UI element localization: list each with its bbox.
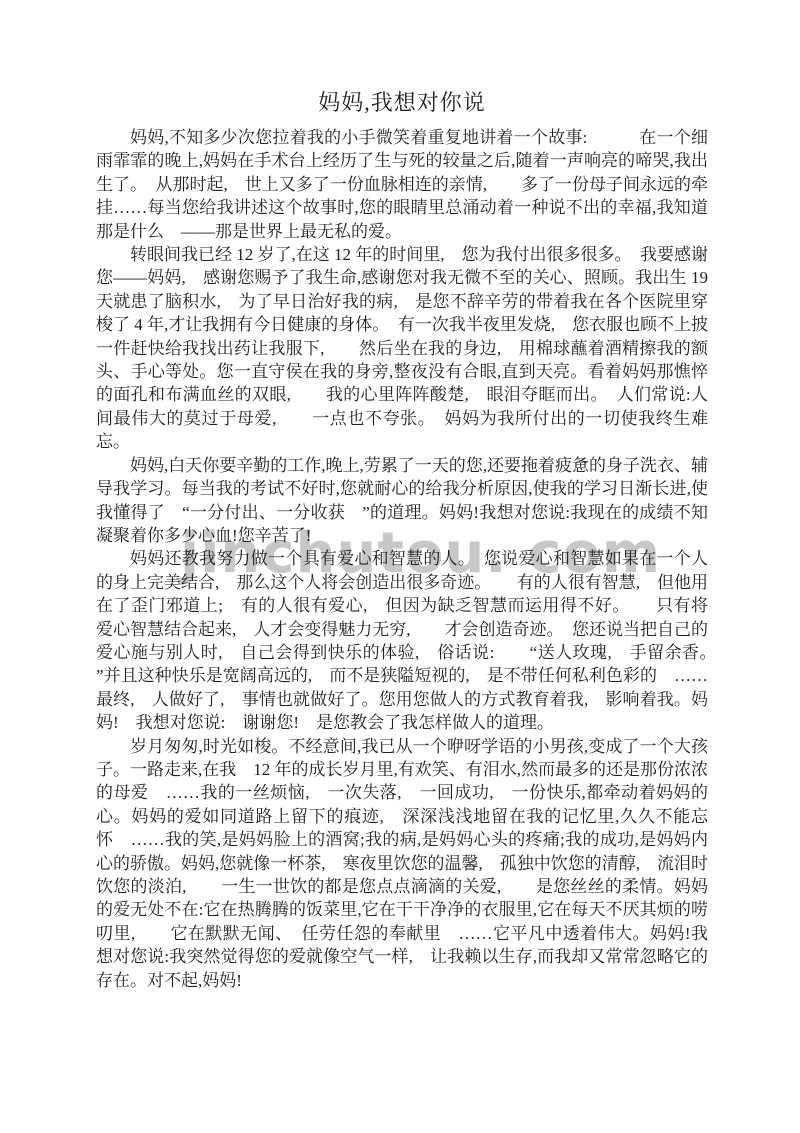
essay-paragraph-4: 妈妈还教我努力做一个具有爱心和智慧的人。 您说爱心和智慧如果在一个人的身上完美结…	[96, 547, 708, 734]
essay-content: 妈妈,我想对你说 妈妈,不知多少次您拉着我的小手微笑着重复地讲着一个故事: 在一…	[96, 86, 708, 992]
essay-title: 妈妈,我想对你说	[96, 86, 708, 117]
essay-paragraph-1: 妈妈,不知多少次您拉着我的小手微笑着重复地讲着一个故事: 在一个细雨霏霏的晚上,…	[96, 126, 708, 243]
essay-paragraph-3: 妈妈,白天你要辛勤的工作,晚上,劳累了一天的您,还要拖着疲惫的身子洗衣、辅导我学…	[96, 454, 708, 548]
essay-paragraph-2: 转眼间我已经 12 岁了,在这 12 年的时间里, 您为我付出很多很多。 我要感…	[96, 243, 708, 454]
essay-paragraph-5: 岁月匆匆,时光如梭。不经意间,我已从一个咿呀学语的小男孩,变成了一个大孩子。一路…	[96, 735, 708, 992]
document-page: jinchutou. com 妈妈,我想对你说 妈妈,不知多少次您拉着我的小手微…	[0, 0, 800, 1133]
